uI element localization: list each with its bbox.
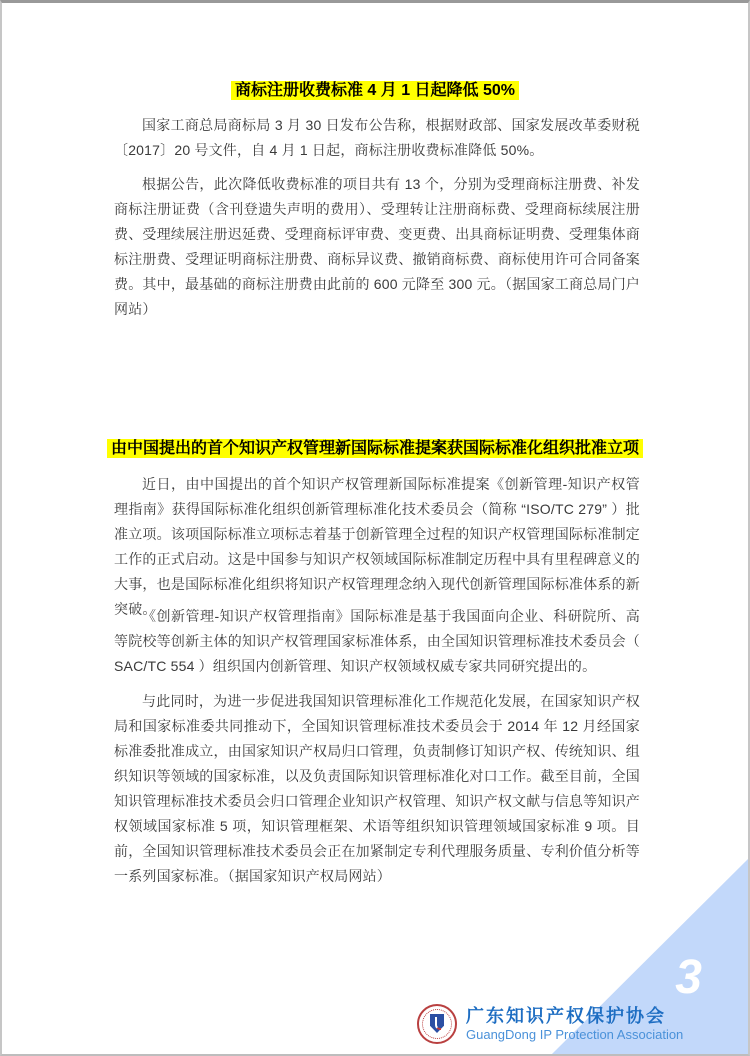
- association-emblem-icon: [417, 1004, 457, 1044]
- article-2-title-highlight: 由中国提出的首个知识产权管理新国际标准提案获国际标准化组织批准立项: [107, 439, 643, 458]
- article-1-paragraph-1: 国家工商总局商标局 3 月 30 日发布公告称，根据财政部、国家发展改革委财税〔…: [114, 113, 640, 163]
- article-2-title: 由中国提出的首个知识产权管理新国际标准提案获国际标准化组织批准立项: [2, 437, 748, 461]
- article-1-title: 商标注册收费标准 4 月 1 日起降低 50%: [2, 79, 748, 103]
- document-page: 商标注册收费标准 4 月 1 日起降低 50% 国家工商总局商标局 3 月 30…: [0, 0, 750, 1056]
- article-1-paragraph-2: 根据公告，此次降低收费标准的项目共有 13 个，分别为受理商标注册费、补发商标注…: [114, 172, 640, 322]
- association-logo-text: 广东知识产权保护协会 GuangDong IP Protection Assoc…: [466, 1006, 683, 1043]
- org-name-zh: 广东知识产权保护协会: [466, 1006, 683, 1027]
- article-2-paragraph-1: 近日，由中国提出的首个知识产权管理新国际标准提案《创新管理-知识产权管理指南》获…: [114, 472, 640, 622]
- association-logo: 广东知识产权保护协会 GuangDong IP Protection Assoc…: [417, 1004, 683, 1044]
- page-number: 3: [675, 954, 702, 1002]
- article-1-title-highlight: 商标注册收费标准 4 月 1 日起降低 50%: [231, 81, 519, 100]
- article-2-paragraph-3: 与此同时，为进一步促进我国知识管理标准化工作规范化发展，在国家知识产权局和国家标…: [114, 689, 640, 889]
- article-2-paragraph-2: 《创新管理-知识产权管理指南》国际标准是基于我国面向企业、科研院所、高等院校等创…: [114, 604, 640, 679]
- org-name-en: GuangDong IP Protection Association: [466, 1027, 683, 1043]
- emblem-shield-mark: [435, 1017, 441, 1030]
